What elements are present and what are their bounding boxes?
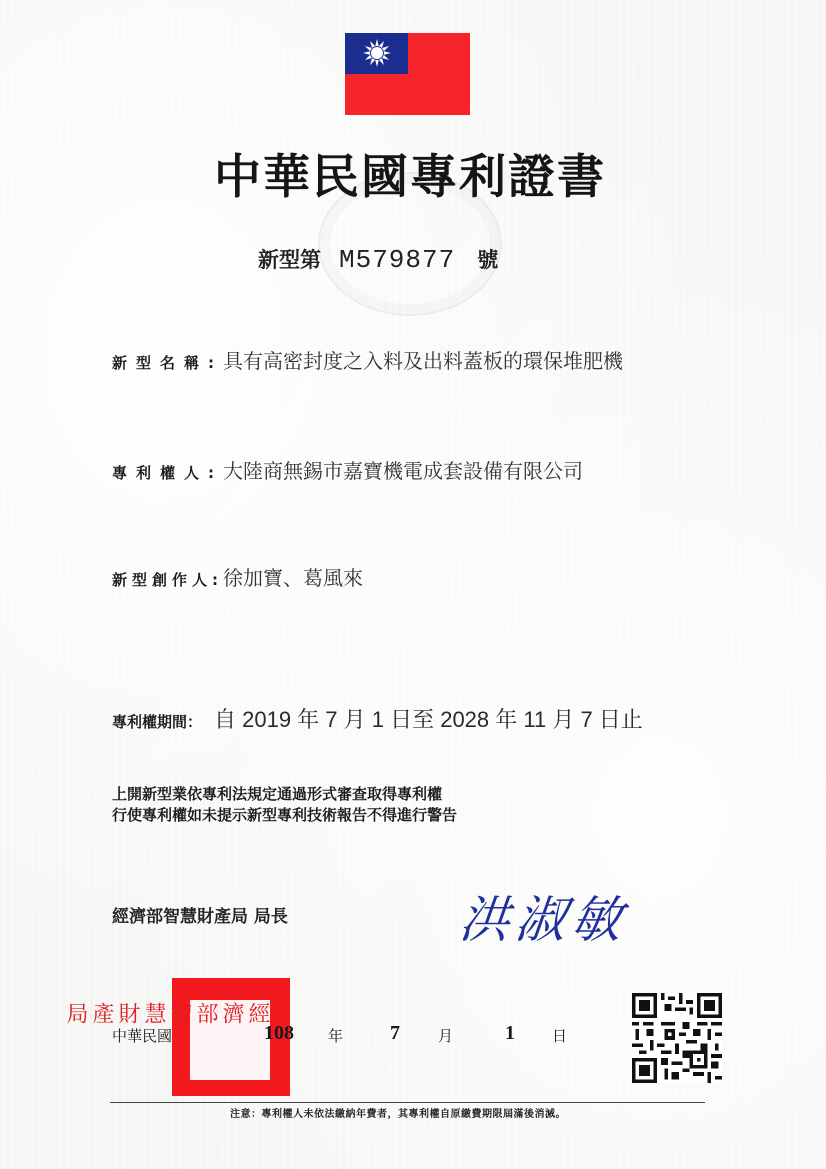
- field-label: 新型名稱:: [112, 354, 223, 372]
- date-year-unit: 年: [328, 1025, 343, 1046]
- footnote: 注意：專利權人未依法繳納年費者，其專利權自原繳費期限屆滿後消滅。: [230, 1105, 566, 1120]
- field-creators: 新型創作人:徐加寶、葛風來: [112, 562, 363, 591]
- field-value: 具有高密封度之入料及出料蓋板的環保堆肥機: [223, 349, 623, 373]
- national-flag: [345, 33, 470, 115]
- director-signature: 洪淑敏: [456, 880, 632, 952]
- patent-number-prefix: 新型第: [258, 248, 321, 272]
- seal-text: 經濟部智慧財產局: [190, 1000, 270, 1080]
- date-day: 1: [505, 1022, 515, 1045]
- patent-period: 專利權期間：自 2019 年 7 月 1 日至 2028 年 11 月 7 日止: [112, 703, 643, 734]
- date-month: 7: [390, 1022, 400, 1045]
- patent-number-value: M579877: [339, 245, 455, 275]
- patent-number-suffix: 號: [477, 248, 498, 272]
- patent-number: 新型第M579877號: [258, 244, 498, 275]
- period-label: 專利權期間：: [112, 713, 202, 731]
- date-month-unit: 月: [438, 1025, 453, 1046]
- date-day-unit: 日: [552, 1025, 567, 1046]
- field-value: 徐加寶、葛風來: [223, 566, 363, 590]
- period-value: 自 2019 年 7 月 1 日至 2028 年 11 月 7 日止: [214, 707, 643, 732]
- field-value: 大陸商無錫市嘉寶機電成套設備有限公司: [223, 459, 583, 483]
- date-era: 中華民國: [112, 1025, 172, 1046]
- date-year: 108: [264, 1022, 294, 1045]
- certificate-title: 中華民國專利證書: [190, 140, 630, 207]
- white-sun-icon: [362, 38, 392, 68]
- field-utility-model-name: 新型名稱:具有高密封度之入料及出料蓋板的環保堆肥機: [112, 345, 623, 374]
- note-line-1: 上開新型業依專利法規定通過形式審查取得專利權: [112, 783, 442, 804]
- field-patentee: 專利權人:大陸商無錫市嘉寶機電成套設備有限公司: [112, 455, 583, 484]
- issuing-office: 經濟部智慧財產局 局長: [112, 902, 288, 927]
- footer-divider: [110, 1102, 705, 1103]
- field-label: 新型創作人:: [112, 571, 223, 589]
- note-line-2: 行使專利權如未提示新型專利技術報告不得進行警告: [112, 804, 457, 825]
- qr-code: [632, 993, 722, 1083]
- field-label: 專利權人:: [112, 464, 223, 482]
